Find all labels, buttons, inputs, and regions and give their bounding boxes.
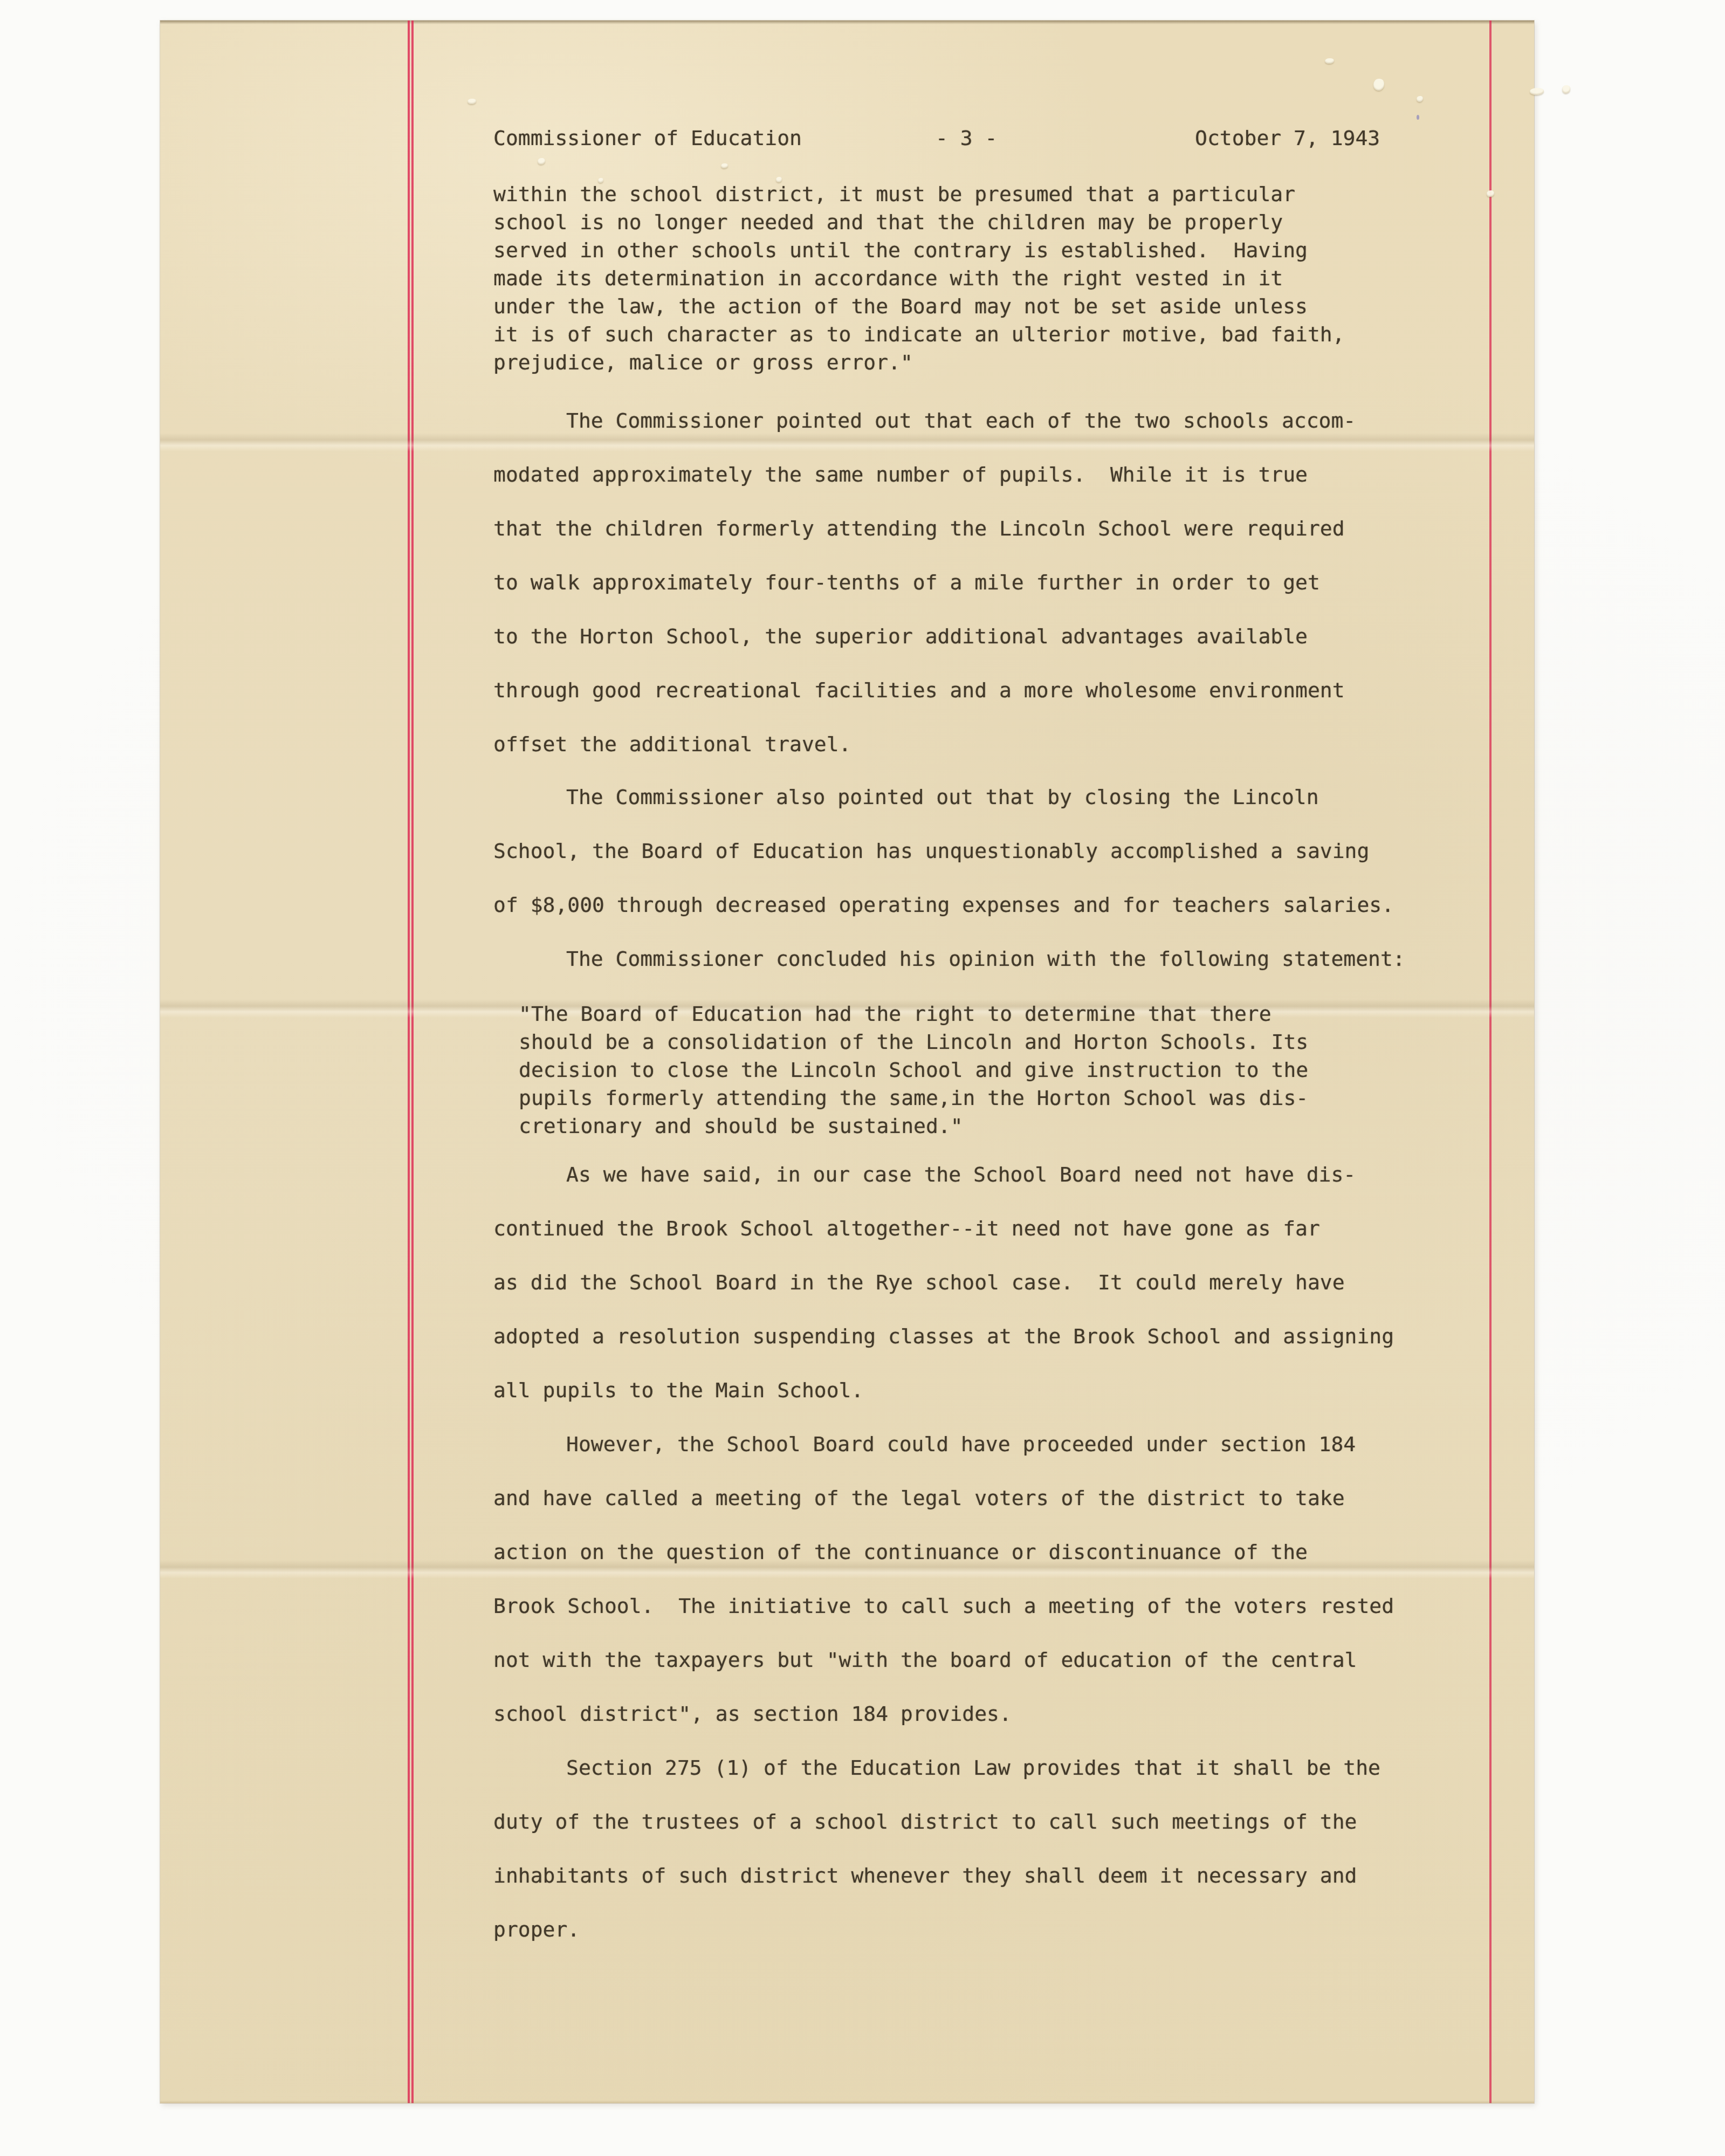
paper-dent [468, 99, 476, 104]
paper-dent [1562, 85, 1570, 93]
header-title: Commissioner of Education [493, 126, 802, 150]
paragraph-commissioner-statement: "The Board of Education had the right to… [519, 1000, 1462, 1140]
scanned-document-background: Commissioner of Education - 3 - October … [0, 0, 1725, 2156]
paper-dent [1373, 79, 1384, 91]
paragraph-brook-school: As we have said, in our case the School … [493, 1148, 1615, 1417]
ink-speck [1417, 115, 1419, 120]
paper-dent [1530, 88, 1544, 95]
page-header: Commissioner of Education - 3 - October … [493, 126, 1550, 159]
paragraph-savings: The Commissioner also pointed out that b… [493, 770, 1615, 932]
paragraph-conclusion-intro: The Commissioner concluded his opinion w… [493, 932, 1615, 986]
paragraph-section-275: Section 275 (1) of the Education Law pro… [493, 1741, 1615, 1956]
paper-dent [1417, 96, 1423, 102]
document-page: Commissioner of Education - 3 - October … [160, 20, 1534, 2103]
paragraph-quote-continuation: within the school district, it must be p… [493, 180, 1615, 376]
header-date: October 7, 1943 [1195, 126, 1380, 150]
header-page-number: - 3 - [936, 126, 997, 150]
paper-dent [721, 163, 728, 168]
paragraph-schools-comparison: The Commissioner pointed out that each o… [493, 394, 1615, 771]
paragraph-section-184: However, the School Board could have pro… [493, 1417, 1615, 1741]
left-margin-rule [408, 20, 414, 2103]
paper-dent [1325, 58, 1334, 64]
